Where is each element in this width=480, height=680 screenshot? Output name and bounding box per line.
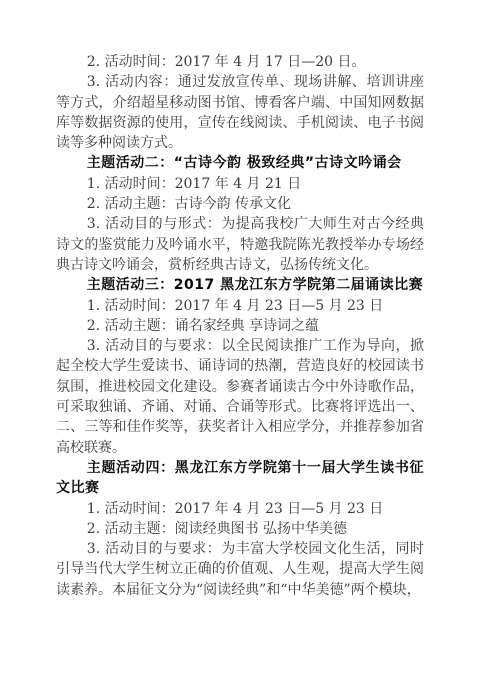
para-activity1-time: 2. 活动时间：2017 年 4 月 17 日—20 日。 <box>56 52 424 72</box>
para-activity3-purpose: 3. 活动目的与要求：以全民阅读推广工作为导向，掀起全校大学生爱读书、诵诗词的热… <box>56 336 424 458</box>
heading-activity-2: 主题活动二：“古诗今韵 极致经典”古诗文吟诵会 <box>56 153 424 173</box>
para-activity2-purpose: 3. 活动目的与形式：为提高我校广大师生对古今经典诗文的鉴赏能力及吟诵水平，特邀… <box>56 214 424 275</box>
para-activity3-theme: 2. 活动主题：诵名家经典 享诗词之蕴 <box>56 316 424 336</box>
heading-activity-4: 主题活动四：黑龙江东方学院第十一届大学生读书征文比赛 <box>56 458 424 499</box>
document-page: 2. 活动时间：2017 年 4 月 17 日—20 日。 3. 活动内容：通过… <box>0 0 480 680</box>
para-activity2-time: 1. 活动时间：2017 年 4 月 21 日 <box>56 174 424 194</box>
para-activity1-content: 3. 活动内容：通过发放宣传单、现场讲解、培训讲座等方式，介绍超星移动图书馆、博… <box>56 72 424 153</box>
document-content: 2. 活动时间：2017 年 4 月 17 日—20 日。 3. 活动内容：通过… <box>56 52 424 600</box>
para-activity2-theme: 2. 活动主题：古诗今韵 传承文化 <box>56 194 424 214</box>
para-activity4-purpose: 3. 活动目的与要求：为丰富大学校园文化生活，同时引导当代大学生树立正确的价值观… <box>56 539 424 600</box>
heading-activity-3: 主题活动三：2017 黑龙江东方学院第二届诵读比赛 <box>56 275 424 295</box>
para-activity4-theme: 2. 活动主题：阅读经典图书 弘扬中华美德 <box>56 519 424 539</box>
para-activity4-time: 1. 活动时间：2017 年 4 月 23 日—5 月 23 日 <box>56 499 424 519</box>
para-activity3-time: 1. 活动时间：2017 年 4 月 23 日—5 月 23 日 <box>56 296 424 316</box>
